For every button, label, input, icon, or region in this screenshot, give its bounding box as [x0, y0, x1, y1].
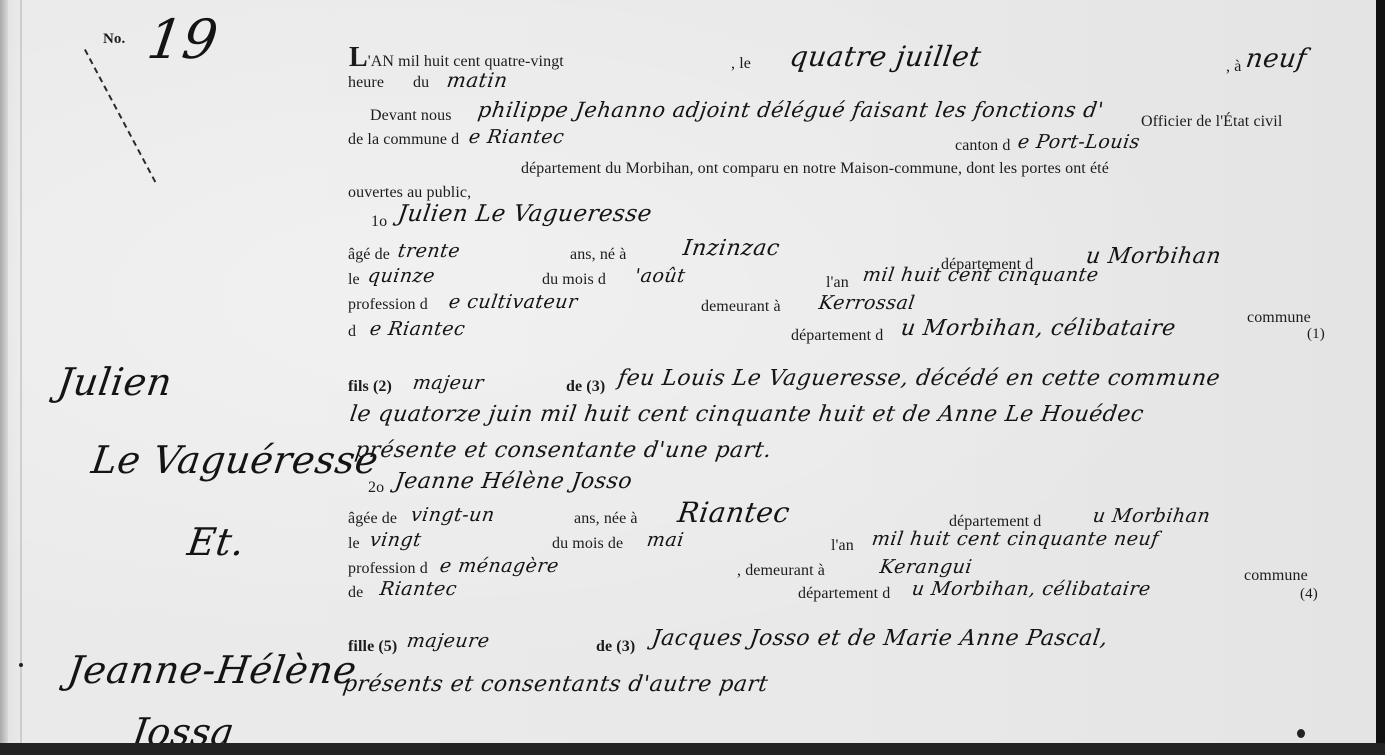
bride-parents-line-1: Jacques Josso et de Marie Anne Pascal,	[650, 626, 1109, 651]
ink-speck	[19, 663, 23, 667]
groom-name: Julien Le Vagueresse	[396, 201, 654, 227]
bride-age: vingt-un	[409, 504, 496, 526]
groom-parents-line-3: présente et consentante d'une part.	[353, 438, 773, 463]
groom-birth-year-label: l'an	[826, 274, 849, 292]
bride-birthplace-label: ans, née à	[574, 510, 638, 528]
groom-profession: e cultivateur	[447, 291, 579, 313]
groom-commune-prefix: d	[348, 323, 356, 341]
groom-parents-line-1: feu Louis Le Vagueresse, décédé en cette…	[616, 366, 1222, 391]
margin-bride-first-name: Jeanne-Hélène	[65, 648, 360, 692]
public-doors-line: ouvertes au public,	[348, 184, 471, 202]
bride-profession-label: profession d	[348, 560, 428, 578]
footnote-1: (1)	[1307, 326, 1325, 343]
viewer-bottom-bar	[0, 743, 1385, 755]
bride-birth-year-label: l'an	[831, 537, 854, 555]
bride-age-label: âgée de	[348, 510, 397, 528]
groom-dept2-label: département d	[791, 327, 883, 345]
groom-parents-line-2: le quatorze juin mil huit cent cinquante…	[348, 402, 1145, 427]
hour-label: heure	[348, 74, 384, 92]
bride-parents-line-2: présents et consentants d'autre part	[341, 672, 769, 697]
groom-age: trente	[396, 240, 461, 262]
commune-label: de la commune d	[348, 131, 459, 149]
marriage-hour: neuf	[1244, 44, 1309, 74]
bride-daughter-label: fille (5)	[348, 638, 397, 656]
canton-value: e Port-Louis	[1016, 131, 1141, 153]
commune-value: e Riantec	[467, 126, 565, 148]
bride-name: Jeanne Hélène Josso	[393, 469, 634, 494]
bride-birth-month: mai	[645, 529, 685, 551]
officer-name: philippe Jehanno adjoint délégué faisant…	[476, 98, 1105, 122]
groom-birthplace-label: ans, né à	[570, 246, 626, 264]
bride-daughter-status: majeure	[405, 630, 491, 652]
bride-parents-label: de (3)	[596, 638, 635, 656]
groom-commune-label: commune	[1247, 309, 1311, 327]
groom-parents-label: de (3)	[566, 378, 605, 396]
record-number: 19	[144, 8, 223, 71]
bride-residence-label: , demeurant à	[737, 562, 825, 580]
groom-residence-label: demeurant à	[701, 298, 781, 316]
groom-son-status: majeur	[411, 372, 485, 394]
page-fold-line	[20, 0, 22, 743]
canton-label: canton d	[955, 137, 1010, 155]
groom-index: 1o	[371, 213, 387, 231]
margin-groom-last-name: Le Vaguéresse	[89, 438, 382, 482]
drop-cap: L	[349, 42, 368, 73]
bride-index: 2o	[368, 479, 384, 497]
groom-birthplace: Inzinzac	[681, 236, 781, 261]
groom-son-label: fils (2)	[348, 378, 392, 396]
bride-commune-label: commune	[1244, 567, 1308, 585]
groom-age-label: âgé de	[348, 246, 390, 264]
officer-prefix: Devant nous	[370, 107, 452, 125]
groom-commune: e Riantec	[368, 318, 466, 340]
bride-birth-month-label: du mois de	[552, 535, 623, 553]
groom-residence: Kerrossal	[817, 292, 916, 314]
bride-birth-day: vingt	[368, 529, 422, 551]
officer-title: Officier de l'État civil	[1141, 113, 1282, 131]
groom-birth-month-label: du mois d	[542, 271, 606, 289]
groom-profession-label: profession d	[348, 296, 428, 314]
hour-prefix: , à	[1226, 58, 1241, 76]
bride-commune: Riantec	[378, 578, 458, 600]
bride-birthplace: Riantec	[676, 496, 792, 529]
groom-birth-day: quinze	[366, 265, 436, 287]
groom-birth-month: 'août	[633, 265, 686, 287]
page-binding-edge	[0, 0, 8, 743]
margin-groom-first-name: Julien	[55, 360, 175, 404]
bride-birth-day-label: le	[348, 535, 360, 553]
groom-dept2: u Morbihan, célibataire	[899, 316, 1177, 341]
groom-birth-day-label: le	[348, 271, 360, 289]
groom-birth-year: mil huit cent cinquante	[861, 264, 1100, 286]
bride-dept2: u Morbihan, célibataire	[910, 578, 1152, 600]
bride-profession: e ménagère	[438, 555, 560, 577]
bride-dept2-label: département d	[798, 585, 890, 603]
time-of-day: matin	[445, 68, 509, 92]
department-line: département du Morbihan, ont comparu en …	[521, 160, 1109, 178]
margin-conjunction: Et.	[185, 520, 248, 564]
scan-right-border	[1376, 0, 1385, 743]
footnote-4: (4)	[1300, 586, 1318, 603]
marriage-date: quatre juillet	[788, 40, 984, 73]
time-of-day-label: du	[413, 74, 429, 92]
date-prefix: , le	[731, 55, 751, 73]
bride-birth-year: mil huit cent cinquante neuf	[870, 528, 1160, 550]
document-page: No. 19 Julien Le Vaguéresse Et. Jeanne-H…	[0, 0, 1376, 743]
ink-blot	[1297, 729, 1305, 738]
groom-birth-dept: u Morbihan	[1084, 244, 1223, 269]
record-number-label: No.	[103, 31, 125, 48]
bride-residence: Kerangui	[878, 556, 973, 578]
bride-birth-dept: u Morbihan	[1091, 505, 1211, 527]
bride-commune-prefix: de	[348, 584, 363, 602]
